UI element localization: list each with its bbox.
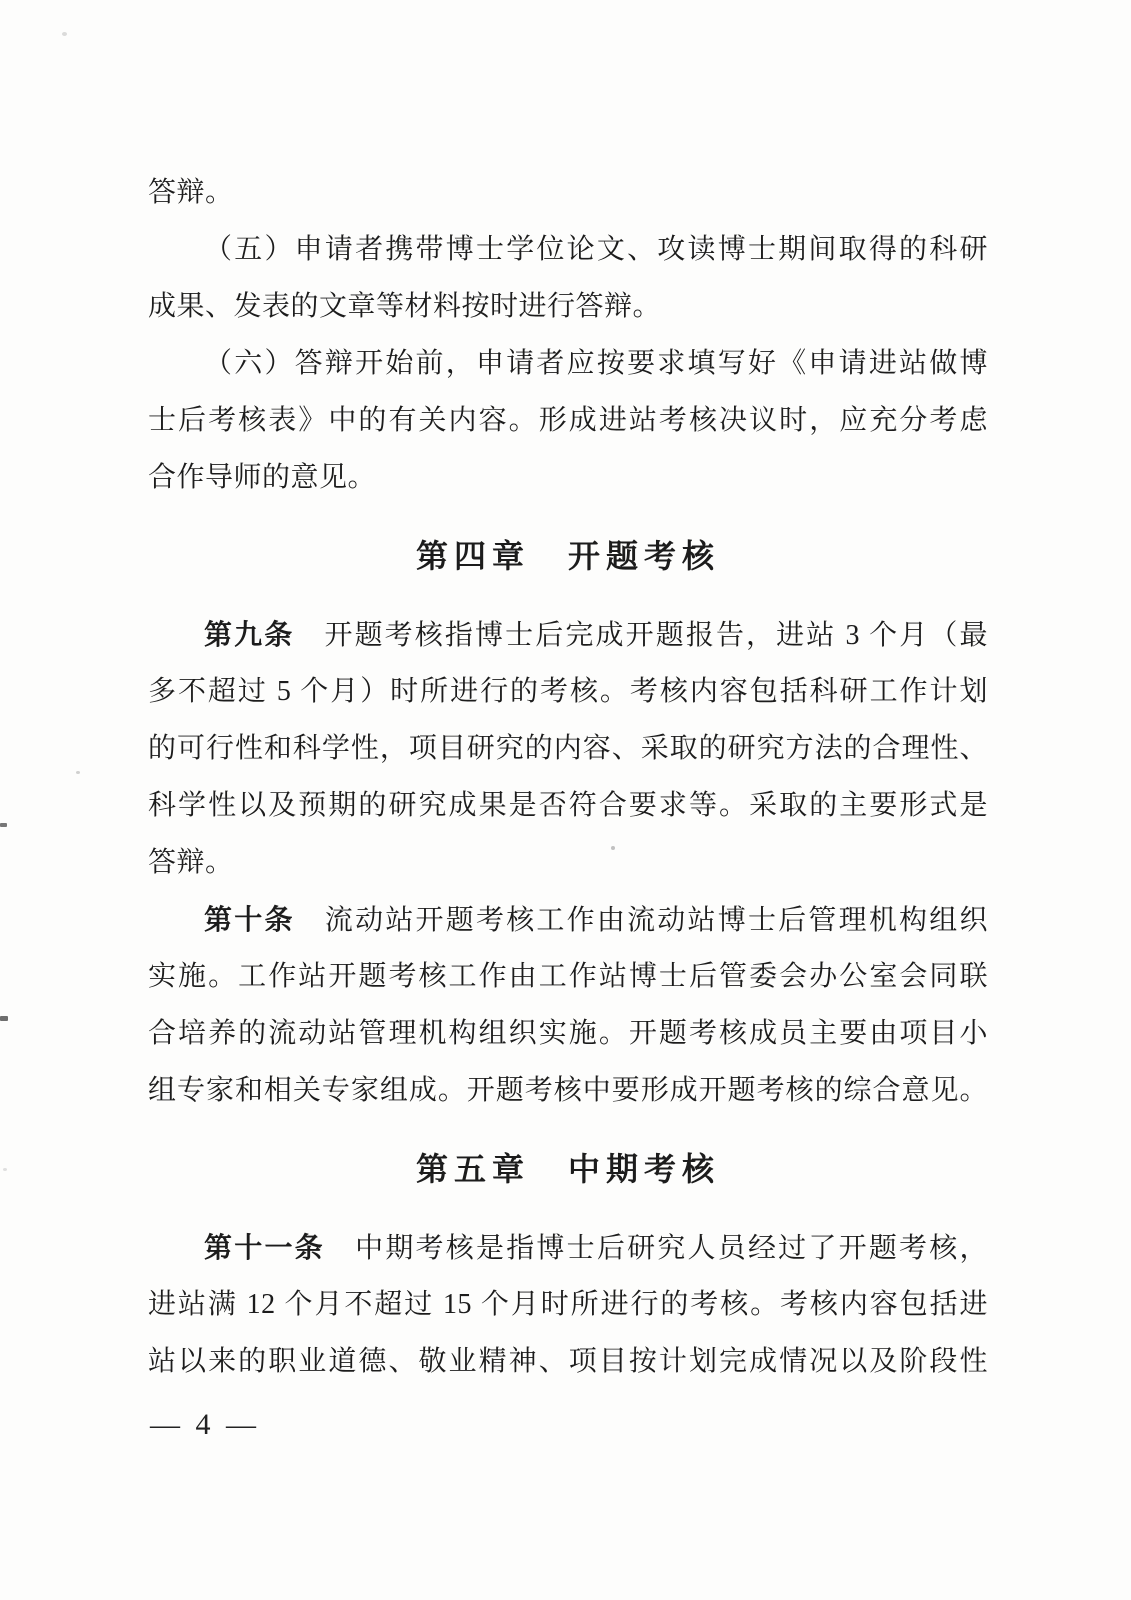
text-line: 合作导师的意见。	[148, 449, 988, 506]
body-text: 进站满 12 个月不超过 15 个月时所进行的考核。考核内容包括进	[148, 1289, 988, 1320]
body-text: 合培养的流动站管理机构组织实施。开题考核成员主要由项目小	[148, 1018, 988, 1049]
body-text: 士后考核表》中的有关内容。形成进站考核决议时，应充分考虑	[148, 405, 988, 436]
text-line: 合培养的流动站管理机构组织实施。开题考核成员主要由项目小	[148, 1005, 988, 1062]
text-line: 实施。工作站开题考核工作由工作站博士后管委会办公室会同联	[148, 948, 988, 1005]
body-text: 流动站开题考核工作由流动站博士后管理机构组织	[295, 905, 988, 936]
body-text: 多不超过 5 个月）时所进行的考核。考核内容包括科研工作计划	[148, 676, 988, 707]
bold-lead-text: 第四章 开题考核	[416, 538, 720, 574]
body-text: 组专家和相关专家组成。开题考核中要形成开题考核的综合意见。	[148, 1075, 988, 1106]
text-line: 成果、发表的文章等材料按时进行答辩。	[148, 278, 988, 335]
document-page: 答辩。（五）申请者携带博士学位论文、攻读博士期间取得的科研成果、发表的文章等材料…	[0, 0, 1131, 1600]
text-line: 第十条 流动站开题考核工作由流动站博士后管理机构组织	[148, 891, 988, 948]
scan-speck	[0, 1016, 8, 1021]
body-text: 答辩。	[148, 847, 234, 878]
body-text: 成果、发表的文章等材料按时进行答辩。	[148, 291, 661, 322]
text-line: 答辩。	[148, 834, 988, 891]
text-line: 士后考核表》中的有关内容。形成进站考核决议时，应充分考虑	[148, 392, 988, 449]
body-text: 的可行性和科学性，项目研究的内容、采取的研究方法的合理性、	[148, 733, 988, 764]
scan-speck	[611, 846, 615, 850]
body-text: （六）答辩开始前，申请者应按要求填写好《申请进站做博	[204, 348, 988, 379]
document-body: 答辩。（五）申请者携带博士学位论文、攻读博士期间取得的科研成果、发表的文章等材料…	[148, 164, 988, 1390]
page-number: — 4 —	[150, 1405, 260, 1445]
text-line: 多不超过 5 个月）时所进行的考核。考核内容包括科研工作计划	[148, 663, 988, 720]
text-line: 第十一条 中期考核是指博士后研究人员经过了开题考核，	[148, 1219, 988, 1276]
body-text: 实施。工作站开题考核工作由工作站博士后管委会办公室会同联	[148, 961, 988, 992]
scan-speck	[62, 32, 67, 36]
body-text: 答辩。	[148, 177, 234, 208]
text-line: （五）申请者携带博士学位论文、攻读博士期间取得的科研	[148, 221, 988, 278]
bold-lead-text: 第十一条	[204, 1232, 325, 1263]
text-line: 答辩。	[148, 164, 988, 221]
scan-speck	[3, 1168, 7, 1171]
bold-lead-text: 第十条	[204, 904, 295, 935]
body-text: 科学性以及预期的研究成果是否符合要求等。采取的主要形式是	[148, 790, 988, 821]
body-text: （五）申请者携带博士学位论文、攻读博士期间取得的科研	[204, 234, 988, 265]
text-line: 的可行性和科学性，项目研究的内容、采取的研究方法的合理性、	[148, 720, 988, 777]
body-text: 开题考核指博士后完成开题报告，进站 3 个月（最	[294, 620, 988, 651]
chapter-heading: 第五章 中期考核	[148, 1139, 988, 1199]
bold-lead-text: 第九条	[204, 619, 294, 650]
scan-speck	[0, 823, 7, 827]
chapter-heading: 第四章 开题考核	[148, 526, 988, 586]
scan-speck	[76, 771, 80, 774]
text-line: 第九条 开题考核指博士后完成开题报告，进站 3 个月（最	[148, 606, 988, 663]
text-line: 进站满 12 个月不超过 15 个月时所进行的考核。考核内容包括进	[148, 1276, 988, 1333]
text-line: 组专家和相关专家组成。开题考核中要形成开题考核的综合意见。	[148, 1062, 988, 1119]
body-text: 站以来的职业道德、敬业精神、项目按计划完成情况以及阶段性	[148, 1346, 988, 1377]
text-line: 科学性以及预期的研究成果是否符合要求等。采取的主要形式是	[148, 777, 988, 834]
text-line: （六）答辩开始前，申请者应按要求填写好《申请进站做博	[148, 335, 988, 392]
bold-lead-text: 第五章 中期考核	[416, 1151, 720, 1187]
body-text: 中期考核是指博士后研究人员经过了开题考核，	[325, 1233, 988, 1264]
text-line: 站以来的职业道德、敬业精神、项目按计划完成情况以及阶段性	[148, 1333, 988, 1390]
body-text: 合作导师的意见。	[148, 462, 376, 493]
